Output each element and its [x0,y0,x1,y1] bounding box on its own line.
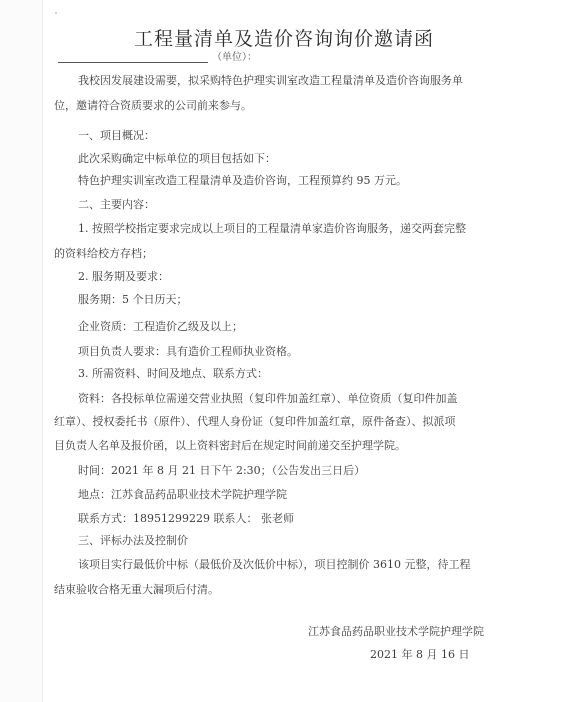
submission-location: 地点：江苏食品药品职业技术学院护理学院 [78,486,287,502]
addressee-label: （单位）： [212,52,257,63]
section2-item2-heading: 2. 服务期及要求： [78,268,169,284]
scan-speck [55,12,57,14]
section2-heading: 二、主要内容： [78,196,155,212]
materials-line-2: 红章）、授权委托书（原件）、代理人身份证（复印件加盖红章，原件备查）、拟派项 [54,413,456,429]
section1-heading: 一、项目概况： [78,127,155,143]
materials-line-1: 资料：各投标单位需递交营业执照（复印件加盖红章）、单位资质（复印件加盖 [78,390,458,406]
section3-heading: 三、评标办法及控制价 [78,532,188,548]
section3-line-2: 结束验收合格无重大漏项后付清。 [54,581,219,597]
manager-requirement: 项目负责人要求：具有造价工程师执业资格。 [78,343,298,359]
document-title: 工程量清单及造价咨询询价邀请函 [0,24,568,51]
intro-line-1: 我校因发展建设需要，拟采购特色护理实训室改造工程量清单及造价咨询服务单 [78,72,463,88]
materials-line-3: 目负责人名单及报价函，以上资料密封后在规定时间前递交至护理学院。 [54,437,406,453]
section2-item1-line-1: 1. 按照学校指定要求完成以上项目的工程量清单家造价咨询服务，递交两套完整 [78,220,466,236]
addressee-blank [58,49,208,63]
section2-item3-heading: 3. 所需资料、时间及地点、联系方式： [78,365,268,381]
section1-line-1: 此次采购确定中标单位的项目包括如下： [78,150,276,166]
contact-info: 联系方式：18951299229 联系人： 张老师 [78,510,294,526]
signature-org: 江苏食品药品职业技术学院护理学院 [308,623,484,639]
section3-line-1: 该项目实行最低价中标（最低价及次低价中标），项目控制价 3610 元整，待工程 [78,556,471,572]
section2-item1-line-2: 的资料给校方存档； [54,245,153,261]
enterprise-qualification: 企业资质：工程造价乙级及以上； [78,318,243,334]
intro-line-2: 位，邀请符合资质要求的公司前来参与。 [54,97,252,113]
section1-line-2: 特色护理实训室改造工程量清单及造价咨询，工程预算约 95 万元。 [78,172,407,188]
signature-date: 2021 年 8 月 16 日 [370,646,469,662]
addressee-line: （单位）： [58,48,257,66]
service-period: 服务期：5 个日历天； [78,291,188,307]
submission-time: 时间：2021 年 8 月 21 日下午 2:30；（公告发出三日后） [78,462,365,478]
